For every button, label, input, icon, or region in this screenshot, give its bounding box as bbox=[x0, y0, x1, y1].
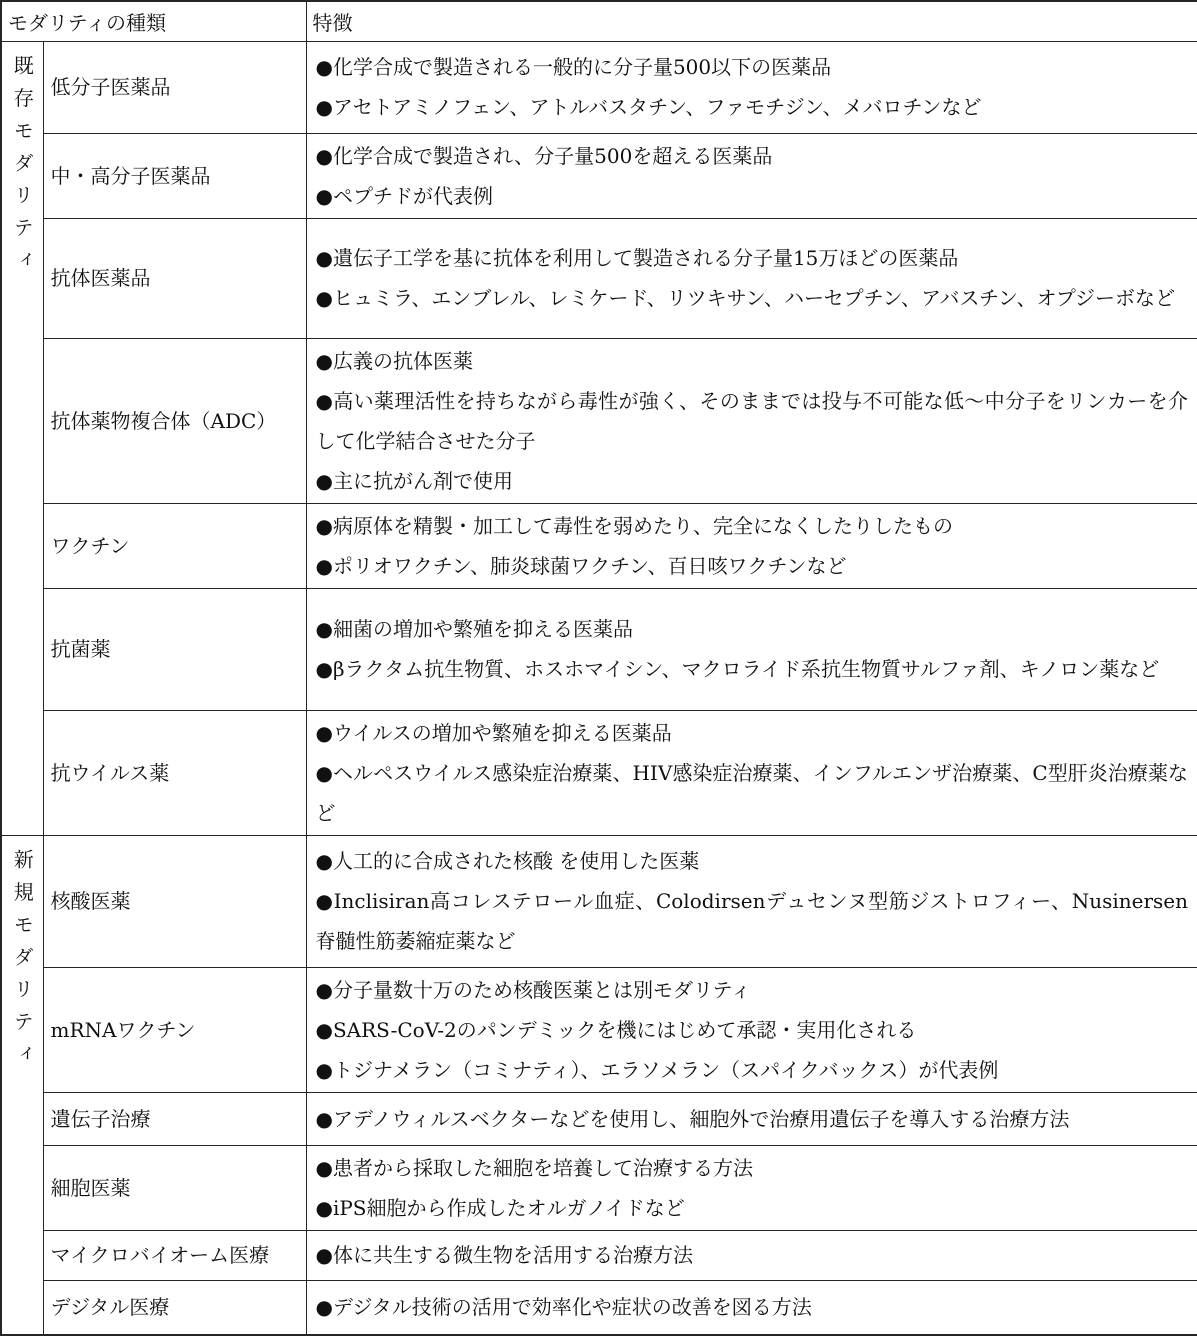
features-mrna-vaccine: ●分子量数十万のため核酸医薬とは別モダリティ ●SARS-CoV-2のパンデミッ… bbox=[306, 967, 1197, 1092]
row-antibody: 抗体医薬品 ●遺伝子工学を基に抗体を利用して製造される分子量15万ほどの医薬品 … bbox=[1, 218, 1197, 338]
feature-item: ●トジナメラン（コミナティ）、エラソメラン（スパイクバックス）が代表例 bbox=[316, 1050, 1189, 1090]
feature-item: ●ポリオワクチン、肺炎球菌ワクチン、百日咳ワクチンなど bbox=[316, 546, 1189, 586]
row-mrna-vaccine: mRNAワクチン ●分子量数十万のため核酸医薬とは別モダリティ ●SARS-Co… bbox=[1, 967, 1197, 1092]
feature-item: ●SARS-CoV-2のパンデミックを機にはじめて承認・実用化される bbox=[316, 1010, 1189, 1050]
header-modality-type: モダリティの種類 bbox=[1, 1, 306, 41]
row-small-molecule: 既存モダリティ 低分子医薬品 ●化学合成で製造される一般的に分子量500以下の医… bbox=[1, 41, 1197, 133]
feature-item: ●Inclisiran高コレステロール血症、Colodirsenデュセンヌ型筋ジ… bbox=[316, 881, 1189, 961]
header-features: 特徴 bbox=[306, 1, 1197, 41]
feature-item: ●患者から採取した細胞を培養して治療する方法 bbox=[316, 1148, 1189, 1188]
feature-item: ●人工的に合成された核酸 を使用した医薬 bbox=[316, 841, 1189, 881]
row-mid-high-molecule: 中・高分子医薬品 ●化学合成で製造され、分子量500を超える医薬品 ●ペプチドが… bbox=[1, 133, 1197, 218]
features-adc: ●広義の抗体医薬 ●高い薬理活性を持ちながら毒性が強く、そのままでは投与不可能な… bbox=[306, 338, 1197, 503]
feature-item: ●主に抗がん剤で使用 bbox=[316, 461, 1189, 501]
row-vaccine: ワクチン ●病原体を精製・加工して毒性を弱めたり、完全になくしたりしたもの ●ポ… bbox=[1, 503, 1197, 588]
row-cell-medicine: 細胞医薬 ●患者から採取した細胞を培養して治療する方法 ●iPS細胞から作成した… bbox=[1, 1145, 1197, 1230]
features-nucleic-acid: ●人工的に合成された核酸 を使用した医薬 ●Inclisiran高コレステロール… bbox=[306, 835, 1197, 967]
row-digital: デジタル医療 ●デジタル技術の活用で効率化や症状の改善を図る方法 bbox=[1, 1280, 1197, 1335]
features-mid-high-molecule: ●化学合成で製造され、分子量500を超える医薬品 ●ペプチドが代表例 bbox=[306, 133, 1197, 218]
group-new-modality: 新規モダリティ bbox=[1, 835, 43, 1335]
group-new-label: 新規モダリティ bbox=[11, 849, 33, 1076]
row-gene-therapy: 遺伝子治療 ●アデノウィルスベクターなどを使用し、細胞外で治療用遺伝子を導入する… bbox=[1, 1092, 1197, 1145]
feature-item: ●iPS細胞から作成したオルガノイドなど bbox=[316, 1188, 1189, 1228]
modality-name-antibacterial: 抗菌薬 bbox=[43, 588, 306, 710]
row-microbiome: マイクロバイオーム医療 ●体に共生する微生物を活用する治療方法 bbox=[1, 1230, 1197, 1280]
features-digital: ●デジタル技術の活用で効率化や症状の改善を図る方法 bbox=[306, 1280, 1197, 1335]
row-antiviral: 抗ウイルス薬 ●ウイルスの増加や繁殖を抑える医薬品 ●ヘルペスウイルス感染症治療… bbox=[1, 710, 1197, 835]
feature-item: ●ペプチドが代表例 bbox=[316, 176, 1189, 216]
feature-item: ●広義の抗体医薬 bbox=[316, 341, 1189, 381]
row-adc: 抗体薬物複合体（ADC） ●広義の抗体医薬 ●高い薬理活性を持ちながら毒性が強く… bbox=[1, 338, 1197, 503]
modality-name-cell-medicine: 細胞医薬 bbox=[43, 1145, 306, 1230]
feature-item: ●分子量数十万のため核酸医薬とは別モダリティ bbox=[316, 970, 1189, 1010]
modality-name-antibody: 抗体医薬品 bbox=[43, 218, 306, 338]
feature-item: ●アセトアミノフェン、アトルバスタチン、ファモチジン、メバロチンなど bbox=[316, 87, 1189, 127]
feature-item: ●化学合成で製造される一般的に分子量500以下の医薬品 bbox=[316, 47, 1189, 87]
feature-item: ●細菌の増加や繁殖を抑える医薬品 bbox=[316, 609, 1189, 649]
modality-name-gene-therapy: 遺伝子治療 bbox=[43, 1092, 306, 1145]
features-gene-therapy: ●アデノウィルスベクターなどを使用し、細胞外で治療用遺伝子を導入する治療方法 bbox=[306, 1092, 1197, 1145]
row-antibacterial: 抗菌薬 ●細菌の増加や繁殖を抑える医薬品 ●βラクタム抗生物質、ホスホマイシン、… bbox=[1, 588, 1197, 710]
modality-name-antiviral: 抗ウイルス薬 bbox=[43, 710, 306, 835]
group-existing-label: 既存モダリティ bbox=[11, 55, 33, 282]
header-row: モダリティの種類 特徴 bbox=[1, 1, 1197, 41]
features-antiviral: ●ウイルスの増加や繁殖を抑える医薬品 ●ヘルペスウイルス感染症治療薬、HIV感染… bbox=[306, 710, 1197, 835]
feature-item: ●高い薬理活性を持ちながら毒性が強く、そのままでは投与不可能な低〜中分子をリンカ… bbox=[316, 381, 1189, 461]
feature-item: ●病原体を精製・加工して毒性を弱めたり、完全になくしたりしたもの bbox=[316, 506, 1189, 546]
modality-name-microbiome: マイクロバイオーム医療 bbox=[43, 1230, 306, 1280]
feature-item: ●遺伝子工学を基に抗体を利用して製造される分子量15万ほどの医薬品 bbox=[316, 238, 1189, 278]
modality-name-vaccine: ワクチン bbox=[43, 503, 306, 588]
feature-item: ●βラクタム抗生物質、ホスホマイシン、マクロライド系抗生物質サルファ剤、キノロン… bbox=[316, 649, 1189, 689]
modality-table: モダリティの種類 特徴 既存モダリティ 低分子医薬品 ●化学合成で製造される一般… bbox=[0, 0, 1197, 1336]
feature-item: ●ウイルスの増加や繁殖を抑える医薬品 bbox=[316, 713, 1189, 753]
features-small-molecule: ●化学合成で製造される一般的に分子量500以下の医薬品 ●アセトアミノフェン、ア… bbox=[306, 41, 1197, 133]
feature-item: ●ヒュミラ、エンブレル、レミケード、リツキサン、ハーセプチン、アバスチン、オプジ… bbox=[316, 278, 1189, 318]
feature-item: ●化学合成で製造され、分子量500を超える医薬品 bbox=[316, 136, 1189, 176]
feature-item: ●ヘルペスウイルス感染症治療薬、HIV感染症治療薬、インフルエンザ治療薬、C型肝… bbox=[316, 753, 1189, 833]
feature-item: ●デジタル技術の活用で効率化や症状の改善を図る方法 bbox=[316, 1287, 1189, 1327]
feature-item: ●体に共生する微生物を活用する治療方法 bbox=[316, 1235, 1189, 1275]
group-existing-modality: 既存モダリティ bbox=[1, 41, 43, 835]
modality-name-digital: デジタル医療 bbox=[43, 1280, 306, 1335]
features-microbiome: ●体に共生する微生物を活用する治療方法 bbox=[306, 1230, 1197, 1280]
features-cell-medicine: ●患者から採取した細胞を培養して治療する方法 ●iPS細胞から作成したオルガノイ… bbox=[306, 1145, 1197, 1230]
features-vaccine: ●病原体を精製・加工して毒性を弱めたり、完全になくしたりしたもの ●ポリオワクチ… bbox=[306, 503, 1197, 588]
features-antibacterial: ●細菌の増加や繁殖を抑える医薬品 ●βラクタム抗生物質、ホスホマイシン、マクロラ… bbox=[306, 588, 1197, 710]
modality-name-nucleic-acid: 核酸医薬 bbox=[43, 835, 306, 967]
modality-name-adc: 抗体薬物複合体（ADC） bbox=[43, 338, 306, 503]
feature-item: ●アデノウィルスベクターなどを使用し、細胞外で治療用遺伝子を導入する治療方法 bbox=[316, 1099, 1189, 1139]
features-antibody: ●遺伝子工学を基に抗体を利用して製造される分子量15万ほどの医薬品 ●ヒュミラ、… bbox=[306, 218, 1197, 338]
modality-name-mrna-vaccine: mRNAワクチン bbox=[43, 967, 306, 1092]
modality-name-small-molecule: 低分子医薬品 bbox=[43, 41, 306, 133]
row-nucleic-acid: 新規モダリティ 核酸医薬 ●人工的に合成された核酸 を使用した医薬 ●Incli… bbox=[1, 835, 1197, 967]
modality-name-mid-high-molecule: 中・高分子医薬品 bbox=[43, 133, 306, 218]
